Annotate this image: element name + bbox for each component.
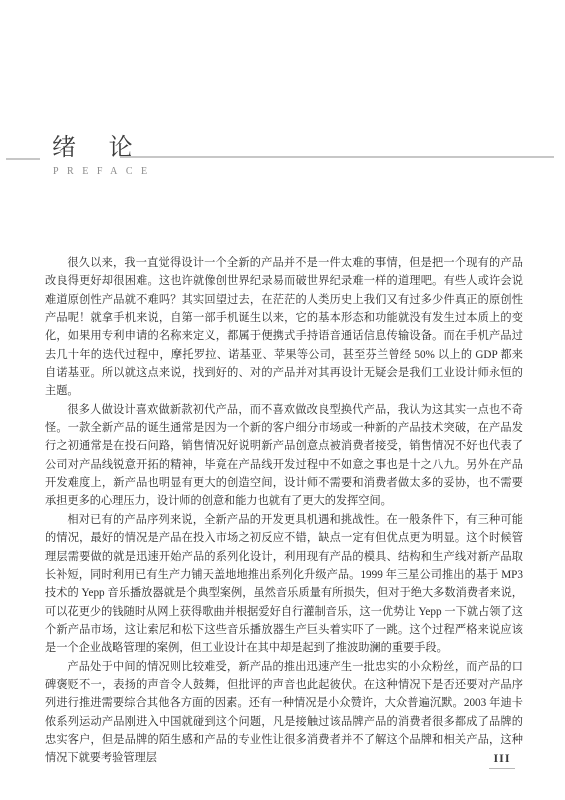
paragraph-4: 产品处于中间的情况则比较难受，新产品的推出迅速产生一批忠实的小众粉丝，而产品的口… — [45, 658, 523, 768]
header-rule-right — [120, 156, 554, 158]
paragraph-2: 很多人做设计喜欢做新款初代产品，而不喜欢做改良型换代产品，我认为这其实一点也不奇… — [45, 401, 523, 511]
page-number: III — [486, 751, 518, 765]
header-rule-left — [6, 158, 40, 160]
page-number-rule — [489, 768, 515, 769]
chapter-subtitle: PREFACE — [53, 166, 156, 177]
book-page: 绪 论 PREFACE 很久以来，我一直觉得设计一个全新的产品并不是一件太难的事… — [0, 0, 565, 800]
page-number-block: III — [486, 751, 518, 769]
paragraph-1: 很久以来，我一直觉得设计一个全新的产品并不是一件太难的事情，但是把一个现有的产品… — [45, 254, 523, 401]
body-text-block: 很久以来，我一直觉得设计一个全新的产品并不是一件太难的事情，但是把一个现有的产品… — [45, 254, 523, 768]
paragraph-3: 相对已有的产品序列来说，全新产品的开发更具机遇和挑战性。在一般条件下，有三种可能… — [45, 511, 523, 658]
